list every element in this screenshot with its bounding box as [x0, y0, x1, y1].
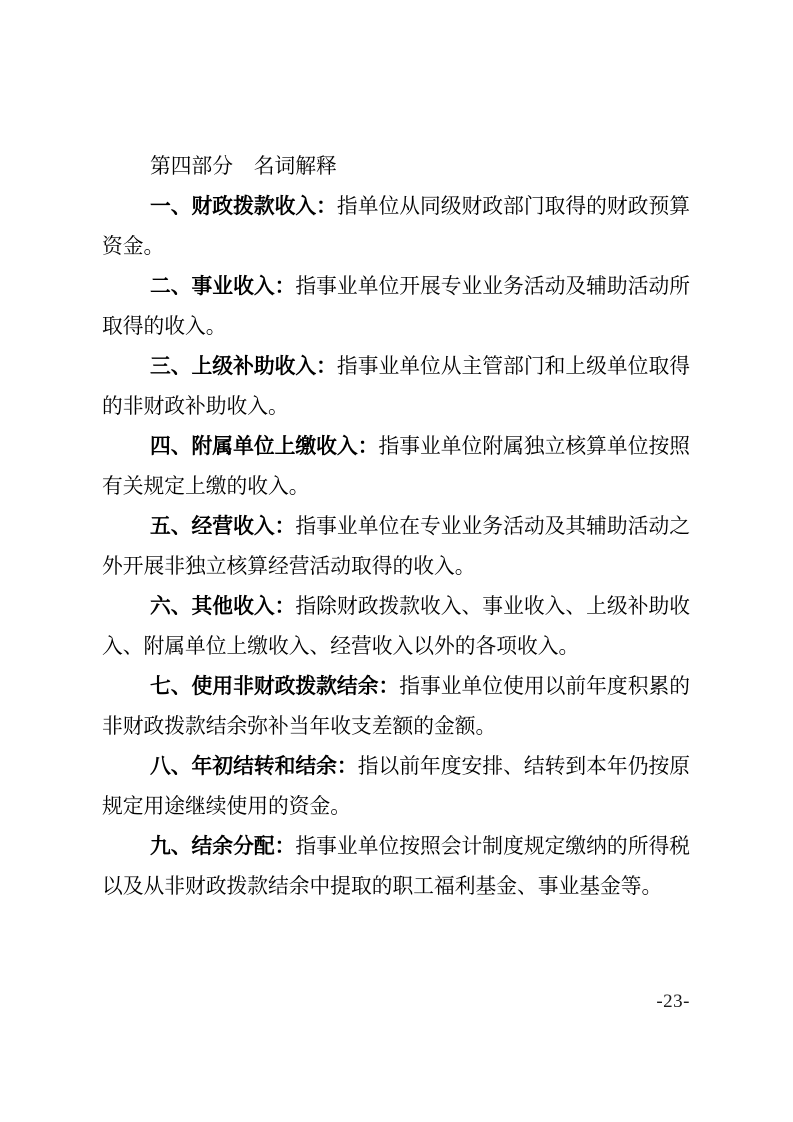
- term-label: 八、年初结转和结余：: [150, 756, 358, 778]
- term-paragraph: 三、上级补助收入：指事业单位从主管部门和上级单位取得的非财政补助收入。: [102, 347, 690, 427]
- term-paragraph: 七、使用非财政拨款结余：指事业单位使用以前年度积累的非财政拨款结余弥补当年收支差…: [102, 667, 690, 747]
- term-label: 一、财政拨款收入：: [150, 196, 337, 218]
- document-page: 第四部分 名词解释 一、财政拨款收入：指单位从同级财政部门取得的财政预算资金。 …: [0, 0, 793, 1122]
- term-label: 三、上级补助收入：: [150, 356, 337, 378]
- term-label: 二、事业收入：: [150, 276, 295, 298]
- page-number: -23-: [656, 991, 690, 1013]
- section-title: 第四部分 名词解释: [102, 147, 690, 187]
- term-paragraph: 五、经营收入：指事业单位在专业业务活动及其辅助活动之外开展非独立核算经营活动取得…: [102, 507, 690, 587]
- term-paragraph: 一、财政拨款收入：指单位从同级财政部门取得的财政预算资金。: [102, 187, 690, 267]
- terms-list: 一、财政拨款收入：指单位从同级财政部门取得的财政预算资金。 二、事业收入：指事业…: [102, 187, 690, 907]
- term-paragraph: 九、结余分配：指事业单位按照会计制度规定缴纳的所得税以及从非财政拨款结余中提取的…: [102, 827, 690, 907]
- term-paragraph: 八、年初结转和结余：指以前年度安排、结转到本年仍按原规定用途继续使用的资金。: [102, 747, 690, 827]
- term-label: 七、使用非财政拨款结余：: [150, 676, 399, 698]
- term-paragraph: 六、其他收入：指除财政拨款收入、事业收入、上级补助收入、附属单位上缴收入、经营收…: [102, 587, 690, 667]
- term-paragraph: 二、事业收入：指事业单位开展专业业务活动及辅助活动所取得的收入。: [102, 267, 690, 347]
- term-label: 四、附属单位上缴收入：: [150, 436, 378, 458]
- term-label: 九、结余分配：: [150, 836, 295, 858]
- term-label: 六、其他收入：: [150, 596, 295, 618]
- term-paragraph: 四、附属单位上缴收入：指事业单位附属独立核算单位按照有关规定上缴的收入。: [102, 427, 690, 507]
- glossary-section: 第四部分 名词解释 一、财政拨款收入：指单位从同级财政部门取得的财政预算资金。 …: [102, 147, 690, 907]
- term-label: 五、经营收入：: [150, 516, 295, 538]
